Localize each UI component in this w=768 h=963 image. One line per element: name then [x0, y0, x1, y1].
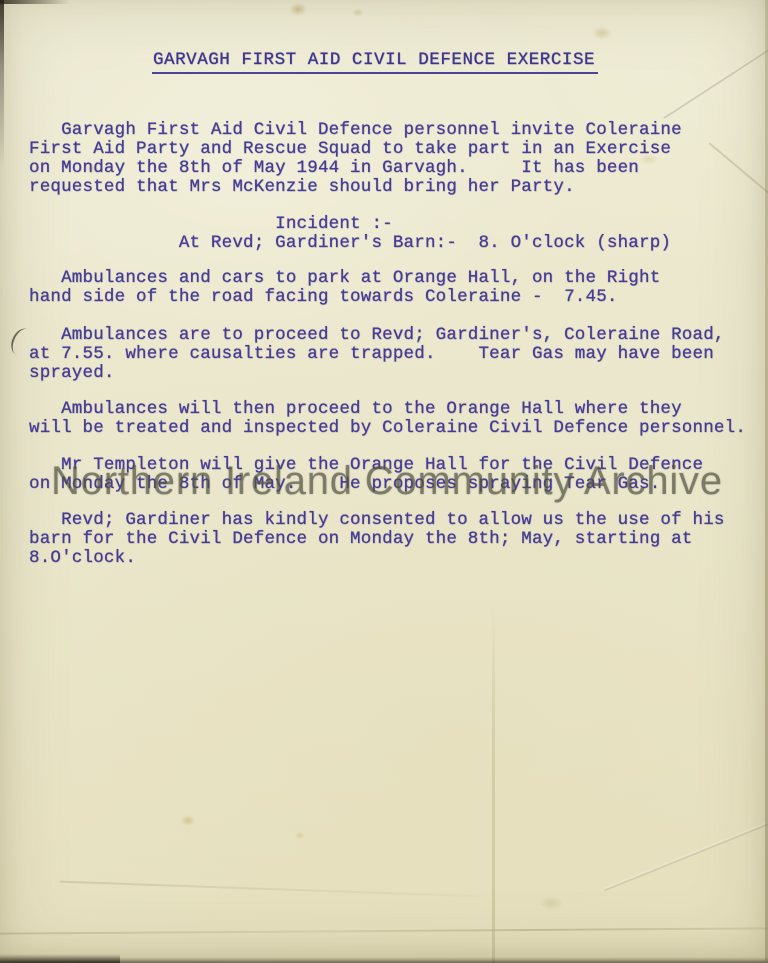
document-line: Incident :- [29, 215, 671, 234]
document-line: First Aid Party and Rescue Squad to take… [29, 140, 682, 159]
document-title: GARVAGH FIRST AID CIVIL DEFENCE EXERCISE [153, 50, 598, 74]
scan-edge [0, 0, 70, 4]
document-line: at 7.55. where causalties are trapped. T… [29, 345, 725, 364]
paragraph-incident: Incident :- At Revd; Gardiner's Barn:- 8… [29, 215, 671, 253]
document-title-text: GARVAGH FIRST AID CIVIL DEFENCE EXERCISE [152, 50, 598, 74]
document-line: Ambulances and cars to park at Orange Ha… [29, 269, 660, 288]
document-line: on Monday the 8th of May. He proposes sp… [29, 475, 703, 494]
document-line: Ambulances will then proceed to the Oran… [29, 400, 746, 419]
paper-crease [0, 927, 768, 934]
document-line: At Revd; Gardiner's Barn:- 8. O'clock (s… [29, 234, 671, 253]
paper-stain [293, 830, 307, 841]
document-line: hand side of the road facing towards Col… [29, 288, 660, 307]
paper-crease [492, 600, 495, 963]
paper-crease [662, 40, 768, 119]
paragraph-barn: Revd; Gardiner has kindly consented to a… [29, 511, 725, 568]
paper-stain [350, 7, 366, 18]
scanned-document-page: GARVAGH FIRST AID CIVIL DEFENCE EXERCISE… [0, 0, 768, 963]
scan-edge [0, 0, 4, 170]
document-line: Mr Templeton will give the Orange Hall f… [29, 456, 703, 475]
paper-stain [588, 24, 616, 42]
paper-crease [709, 143, 768, 196]
scan-edge [0, 957, 768, 963]
paper-crease [604, 802, 768, 891]
paper-stain [534, 894, 568, 912]
document-line: requested that Mrs McKenzie should bring… [29, 178, 682, 197]
paper-crease [60, 881, 480, 898]
paper-stain [178, 813, 198, 828]
document-line: will be treated and inspected by Colerai… [29, 419, 746, 438]
paragraph-treatment: Ambulances will then proceed to the Oran… [29, 400, 746, 438]
document-line: barn for the Civil Defence on Monday the… [29, 530, 725, 549]
document-line: Garvagh First Aid Civil Defence personne… [29, 121, 682, 140]
document-line: sprayed. [29, 364, 725, 383]
paragraph-invitation: Garvagh First Aid Civil Defence personne… [29, 121, 682, 197]
scan-edge [0, 954, 120, 963]
document-line: on Monday the 8th of May 1944 in Garvagh… [29, 159, 682, 178]
paragraph-parking: Ambulances and cars to park at Orange Ha… [29, 269, 660, 307]
document-line: Ambulances are to proceed to Revd; Gardi… [29, 326, 725, 345]
paragraph-proceed: Ambulances are to proceed to Revd; Gardi… [29, 326, 725, 383]
document-line: Revd; Gardiner has kindly consented to a… [29, 511, 725, 530]
document-line: 8.O'clock. [29, 549, 725, 568]
paragraph-templeton: Mr Templeton will give the Orange Hall f… [29, 456, 703, 494]
paper-stain [286, 1, 310, 18]
